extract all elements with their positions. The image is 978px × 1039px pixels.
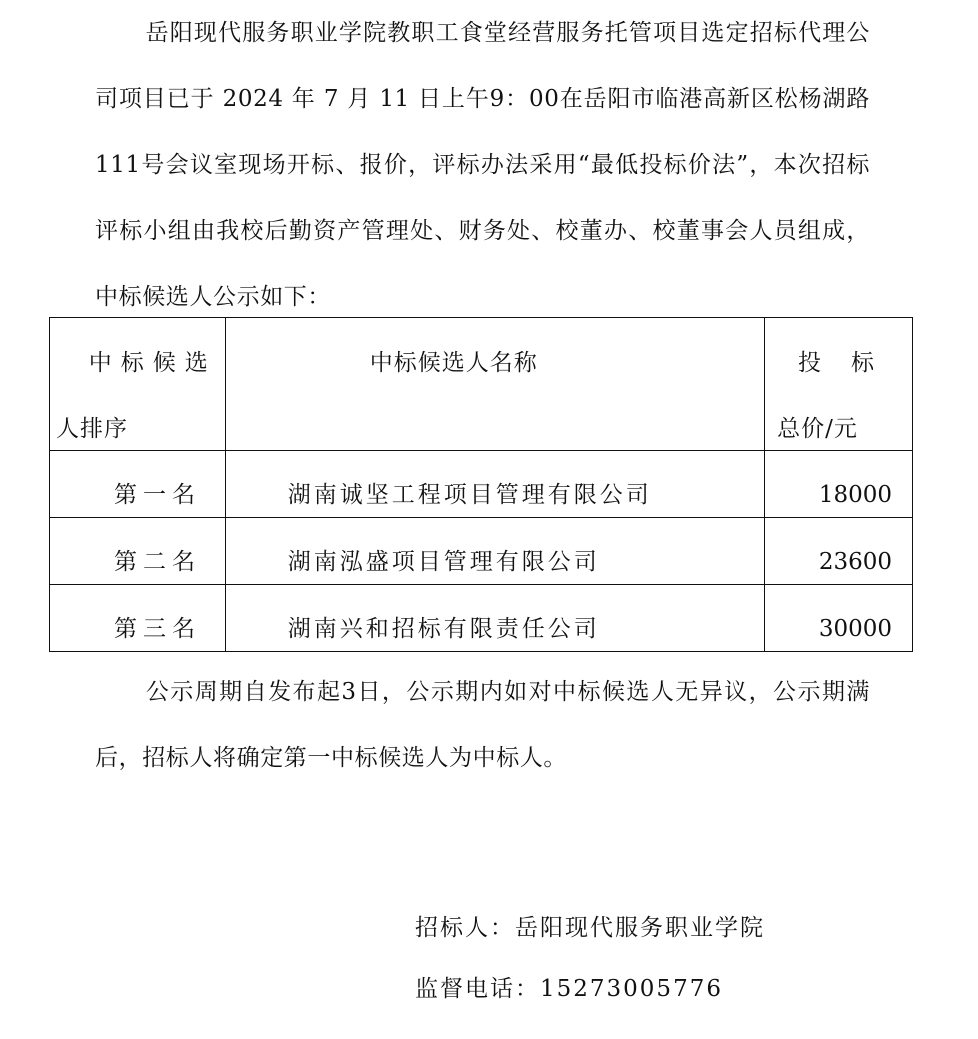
rank-text: 第二名	[114, 549, 201, 575]
price-cell: 18000	[765, 451, 913, 518]
candidates-table: 中标候选 人排序 中标候选人名称 投标 总价/元 第一名 湖南诚坚工程项目管理有…	[49, 317, 913, 652]
table-header-row: 中标候选 人排序 中标候选人名称 投标 总价/元	[50, 318, 913, 451]
header-rank: 中标候选 人排序	[50, 318, 226, 451]
company-name: 湖南兴和招标有限责任公司	[288, 616, 600, 642]
issuer-label: 招标人：	[415, 915, 515, 941]
header-price-line2: 总价/元	[777, 410, 858, 443]
company-name: 湖南诚坚工程项目管理有限公司	[288, 482, 652, 508]
signature-phone: 监督电话：15273005776	[415, 970, 723, 1003]
header-name: 中标候选人名称	[225, 318, 764, 451]
closing-paragraph: 公示周期自发布起3日，公示期内如对中标候选人无异议，公示期满后，招标人将确定第一…	[95, 659, 870, 791]
rank-cell: 第二名	[50, 518, 226, 585]
header-name-text: 中标候选人名称	[370, 344, 538, 377]
name-cell: 湖南兴和招标有限责任公司	[225, 585, 764, 652]
bid-price: 18000	[819, 482, 892, 508]
header-rank-line1: 中标候选	[50, 344, 225, 377]
company-name: 湖南泓盛项目管理有限公司	[288, 549, 600, 575]
table-row: 第二名 湖南泓盛项目管理有限公司 23600	[50, 518, 913, 585]
rank-text: 第三名	[114, 616, 201, 642]
rank-text: 第一名	[114, 482, 201, 508]
rank-cell: 第三名	[50, 585, 226, 652]
bid-price: 30000	[819, 616, 892, 642]
phone-value: 15273005776	[540, 976, 723, 1002]
header-rank-line2: 人排序	[56, 410, 128, 443]
name-cell: 湖南泓盛项目管理有限公司	[225, 518, 764, 585]
issuer-value: 岳阳现代服务职业学院	[515, 915, 765, 941]
intro-text: 岳阳现代服务职业学院教职工食堂经营服务托管项目选定招标代理公司项目已于 2024…	[95, 20, 870, 310]
table-row: 第一名 湖南诚坚工程项目管理有限公司 18000	[50, 451, 913, 518]
table-row: 第三名 湖南兴和招标有限责任公司 30000	[50, 585, 913, 652]
header-price: 投标 总价/元	[765, 318, 913, 451]
price-cell: 23600	[765, 518, 913, 585]
intro-paragraph: 岳阳现代服务职业学院教职工食堂经营服务托管项目选定招标代理公司项目已于 2024…	[95, 0, 870, 330]
bid-price: 23600	[819, 549, 892, 575]
name-cell: 湖南诚坚工程项目管理有限公司	[225, 451, 764, 518]
closing-text: 公示周期自发布起3日，公示期内如对中标候选人无异议，公示期满后，招标人将确定第一…	[95, 679, 870, 771]
phone-label: 监督电话：	[415, 976, 540, 1002]
price-cell: 30000	[765, 585, 913, 652]
signature-issuer: 招标人：岳阳现代服务职业学院	[415, 909, 765, 942]
header-price-line1: 投标	[765, 344, 912, 377]
rank-cell: 第一名	[50, 451, 226, 518]
